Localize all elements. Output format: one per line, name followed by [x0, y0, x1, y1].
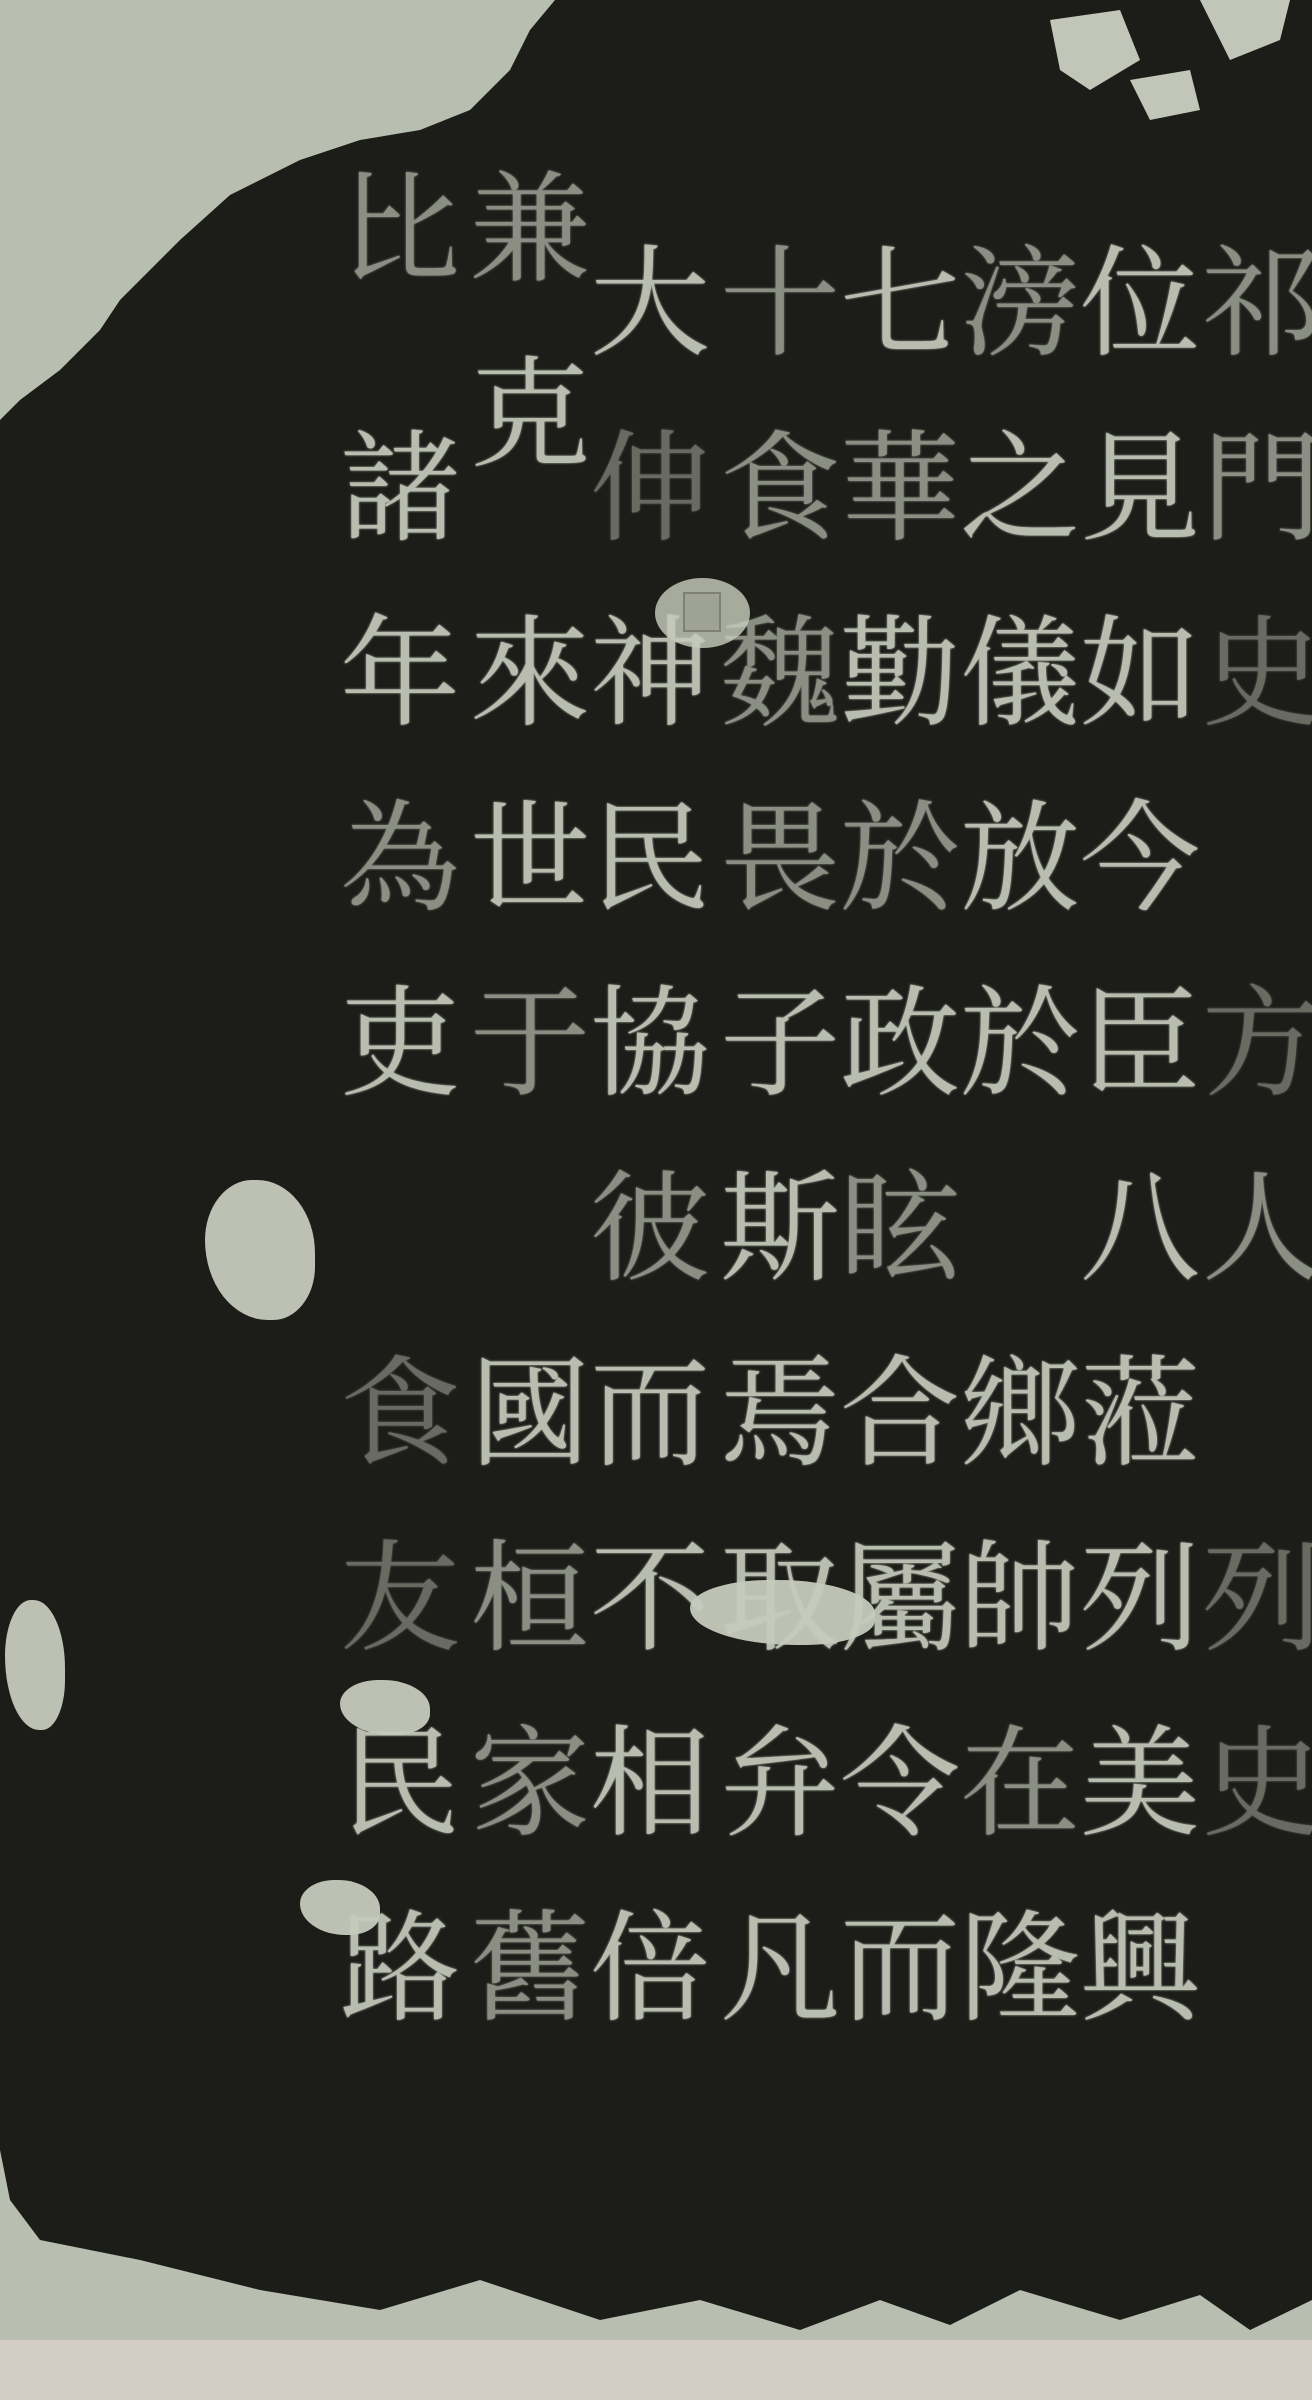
inscription-character: 彼	[575, 1155, 725, 1305]
inscription-character: 取	[705, 1525, 855, 1675]
inscription-character: 食	[705, 415, 855, 565]
inscription-character: 桓	[455, 1525, 605, 1675]
inscription-character: 為	[325, 785, 475, 935]
inscription-character: 比	[325, 156, 475, 306]
inscription-character: 諸	[325, 415, 475, 565]
bottom-page-margin	[0, 2340, 1312, 2400]
inscription-character: 民	[325, 1710, 475, 1860]
inscription-character: 凡	[705, 1895, 855, 2045]
inscription-character: 弁	[705, 1710, 855, 1860]
inscription-character: 斯	[705, 1155, 855, 1305]
inscription-character: 世	[455, 785, 605, 935]
inscription-character: 子	[705, 970, 855, 1120]
inscription-character: 家	[455, 1710, 605, 1860]
inscription-character: 路	[325, 1895, 475, 2045]
inscription-character: 吏	[325, 970, 475, 1120]
inscription-character: 于	[455, 970, 605, 1120]
inscription-character: 來	[455, 600, 605, 750]
inscription-character: 魏	[705, 600, 855, 750]
inscription-character: 友	[325, 1525, 475, 1675]
inscription-grid: 祁門史方人列史位見如今臣八蒞列美興滂之儀放於鄉帥在隆七華勤於政眩合屬令而十食魏畏…	[0, 0, 1312, 2340]
inscription-character: 兼	[455, 156, 605, 306]
inscription-character: 八	[1065, 1155, 1215, 1305]
inscription-character: 畏	[705, 785, 855, 935]
inscription-character: 舊	[455, 1895, 605, 2045]
inscription-character: 克	[455, 341, 605, 491]
inscription-character: 焉	[705, 1340, 855, 1490]
inscription-character: 食	[325, 1340, 475, 1490]
inscription-character: 十	[705, 230, 855, 380]
inscription-character: 國	[455, 1340, 605, 1490]
inscription-character: 年	[325, 600, 475, 750]
